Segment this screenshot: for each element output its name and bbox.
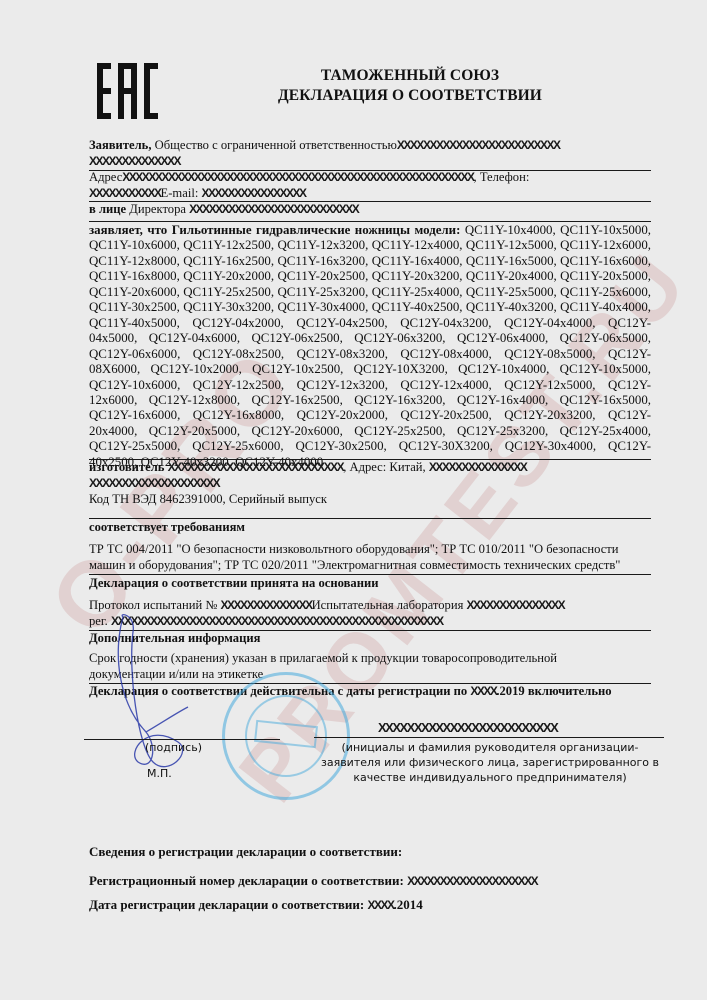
requirements-text-block: ТР ТС 004/2011 "О безопасности низковоль…: [89, 542, 651, 574]
additional-info-label: Дополнительная информация: [89, 631, 260, 645]
reg-redacted: XXXXXXXXXXXXXXXXXXXXXXXXXXXXXXXXXXXXXXXX…: [111, 614, 443, 628]
manufacturer-address-redacted-1: XXXXXXXXXXXXXXX: [429, 460, 527, 474]
declaration-label: заявляет, что Гильотинные гидравлические…: [89, 223, 460, 237]
applicant-address-section: АдресXXXXXXXXXXXXXXXXXXXXXXXXXXXXXXXXXXX…: [89, 170, 651, 202]
validity-section: Декларация о соответствии действительна …: [89, 684, 651, 700]
divider: [89, 518, 651, 519]
document-title: ТАМОЖЕННЫЙ СОЮЗ ДЕКЛАРАЦИЯ О СООТВЕТСТВИ…: [240, 66, 580, 106]
validity-text-after: включительно: [525, 684, 612, 698]
divider: [89, 574, 651, 575]
seal-caption: М.П.: [147, 767, 172, 780]
lab-redacted: XXXXXXXXXXXXXXX: [467, 598, 565, 612]
address-label: Адрес: [89, 170, 122, 184]
hs-code-text: Код ТН ВЭД 8462391000, Серийный выпуск: [89, 492, 327, 506]
signatory-caption: (инициалы и фамилия руководителя организ…: [316, 740, 664, 785]
registration-number-redacted: XXXXXXXXXXXXXXXXXXXX: [407, 874, 537, 888]
registration-number-label: Регистрационный номер декларации о соотв…: [89, 873, 407, 888]
registration-number-row: Регистрационный номер декларации о соотв…: [89, 873, 651, 890]
manufacturer-address-text: , Адрес: Китай,: [343, 460, 429, 474]
registration-date-row: Дата регистрации декларации о соответств…: [89, 897, 651, 914]
address-redacted: XXXXXXXXXXXXXXXXXXXXXXXXXXXXXXXXXXXXXXXX…: [122, 170, 473, 184]
manufacturer-name-redacted: XXXXXXXXXXXXXXXXXXXXXXXXXXX: [168, 460, 344, 474]
basis-label: Декларация о соответствии принята на осн…: [89, 576, 378, 590]
registration-date-redacted: XXXX: [367, 898, 393, 912]
protocol-redacted: XXXXXXXXXXXXXX: [221, 598, 312, 612]
manufacturer-address-redacted-2: XXXXXXXXXXXXXXXXXXXX: [89, 476, 219, 490]
title-customs-union: ТАМОЖЕННЫЙ СОЮЗ: [240, 66, 580, 86]
additional-info-text: Срок годности (хранения) указан в прилаг…: [89, 651, 557, 681]
validity-date-year: .2019: [496, 684, 524, 698]
manufacturer-label: изготовитель: [89, 460, 164, 474]
title-declaration: ДЕКЛАРАЦИЯ О СООТВЕТСТВИИ: [240, 86, 580, 106]
applicant-label: Заявитель,: [89, 138, 151, 152]
lab-label: Испытательная лаборатория: [312, 598, 467, 612]
signatory-name-redacted: XXXXXXXXXXXXXXXXXXXXXXXXX: [378, 720, 557, 735]
declaration-models-section: заявляет, что Гильотинные гидравлические…: [89, 223, 651, 470]
applicant-name-redacted: XXXXXXXXXXXXXXXXXXXXXXXXX: [397, 138, 560, 152]
signature-caption: (подпись): [145, 741, 202, 754]
additional-info-section: Дополнительная информация: [89, 631, 651, 647]
phone-redacted: XXXXXXXXXXX: [89, 186, 161, 200]
requirements-text: ТР ТС 004/2011 "О безопасности низковоль…: [89, 542, 620, 572]
director-label: в лице: [89, 202, 126, 216]
applicant-name-redacted-2: XXXXXXXXXXXXXX: [89, 154, 180, 168]
manufacturer-section: изготовитель XXXXXXXXXXXXXXXXXXXXXXXXXXX…: [89, 460, 651, 507]
email-label: E-mail:: [161, 186, 202, 200]
divider: [89, 221, 651, 222]
registration-date-year: .2014: [393, 897, 422, 912]
phone-label: , Телефон:: [474, 170, 530, 184]
requirements-label: соответствует требованиям: [89, 520, 245, 534]
director-redacted: XXXXXXXXXXXXXXXXXXXXXXXXXX: [189, 202, 358, 216]
requirements-section: соответствует требованиям: [89, 520, 651, 536]
applicant-text: Общество с ограниченной ответственностью: [151, 138, 396, 152]
registration-date-label: Дата регистрации декларации о соответств…: [89, 897, 367, 912]
basis-section: Декларация о соответствии принята на осн…: [89, 576, 651, 592]
reg-label: рег.: [89, 614, 111, 628]
registration-heading: Сведения о регистрации декларации о соот…: [89, 844, 651, 860]
declaration-document: O-PRO PROMTEST.RU ТАМОЖЕННЫЙ СОЮЗ ДЕКЛАР…: [0, 0, 707, 1000]
protocol-label: Протокол испытаний №: [89, 598, 221, 612]
eac-logo-icon: [95, 63, 159, 119]
director-text: Директора: [126, 202, 189, 216]
additional-info-text-block: Срок годности (хранения) указан в прилаг…: [89, 651, 599, 683]
email-redacted: XXXXXXXXXXXXXXXX: [201, 186, 305, 200]
signature-line: [84, 739, 280, 740]
applicant-section: Заявитель, Общество с ограниченной ответ…: [89, 138, 651, 170]
validity-date-redacted: XXXX: [470, 684, 496, 698]
director-section: в лице Директора XXXXXXXXXXXXXXXXXXXXXXX…: [89, 202, 651, 218]
basis-details: Протокол испытаний № XXXXXXXXXXXXXXИспыт…: [89, 598, 651, 630]
models-list: QC11Y-10x4000, QC11Y-10x5000, QC11Y-10x6…: [89, 223, 651, 469]
signatory-line: [314, 737, 664, 738]
